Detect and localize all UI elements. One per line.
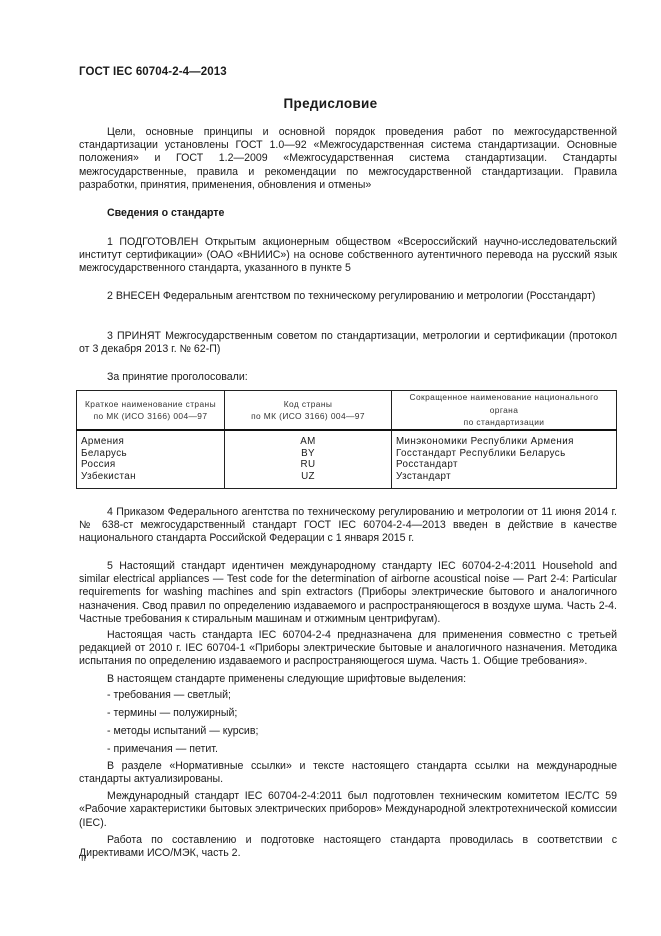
national-body: Минэкономики Республики Армения — [396, 436, 612, 448]
font-convention-item: - термины — полужирный; — [79, 704, 617, 722]
item-5-part-paragraph: Настоящая часть стандарта IEC 60704-2-4 … — [79, 629, 617, 669]
item-4-paragraph: 4 Приказом Федерального агентства по тех… — [79, 506, 617, 546]
document-page: ГОСТ IEC 60704-2-4—2013 Предисловие Цели… — [0, 0, 661, 936]
column-header-body: Сокращенное наименование национального о… — [392, 391, 617, 431]
committee-paragraph: Международный стандарт IEC 60704-2-4:201… — [79, 790, 617, 830]
document-code-header: ГОСТ IEC 60704-2-4—2013 — [79, 66, 227, 78]
font-convention-item: - требования — светлый; — [79, 686, 617, 704]
intro-block: Цели, основные принципы и основной поряд… — [79, 126, 617, 192]
item-3-block: 3 ПРИНЯТ Межгосударственным советом по с… — [79, 330, 617, 356]
national-bodies-cell: Минэкономики Республики Армения Госстанд… — [392, 430, 617, 488]
item-5-paragraph: 5 Настоящий стандарт идентичен междунаро… — [79, 560, 617, 626]
page-number: II — [81, 853, 86, 863]
item-3-paragraph: 3 ПРИНЯТ Межгосударственным советом по с… — [79, 330, 617, 356]
item-5-block: 5 Настоящий стандарт идентичен междунаро… — [79, 560, 617, 860]
section-heading: Сведения о стандарте — [107, 207, 224, 219]
item-1-block: 1 ПОДГОТОВЛЕН Открытым акционерным общес… — [79, 236, 617, 276]
item-1-paragraph: 1 ПОДГОТОВЛЕН Открытым акционерным общес… — [79, 236, 617, 276]
country-name: Россия — [81, 459, 220, 471]
country-code: UZ — [229, 471, 387, 483]
country-name: Узбекистан — [81, 471, 220, 483]
page-title: Предисловие — [0, 96, 661, 111]
country-code: BY — [229, 448, 387, 460]
column-header-code: Код страны по МК (ИСО 3166) 004—97 — [225, 391, 392, 431]
item-4-block: 4 Приказом Федерального агентства по тех… — [79, 506, 617, 546]
font-conventions-intro: В настоящем стандарте применены следующи… — [79, 673, 617, 686]
column-header-country: Краткое наименование страны по МК (ИСО 3… — [77, 391, 225, 431]
item-2-block: 2 ВНЕСЕН Федеральным агентством по техни… — [79, 290, 617, 303]
country-name: Беларусь — [81, 448, 220, 460]
voted-label-block: За принятие проголосовали: — [79, 371, 617, 384]
normative-refs-paragraph: В разделе «Нормативные ссылки» и тексте … — [79, 760, 617, 786]
voted-label: За принятие проголосовали: — [79, 371, 617, 384]
country-names-cell: Армения Беларусь Россия Узбекистан — [77, 430, 225, 488]
font-convention-item: - методы испытаний — курсив; — [79, 722, 617, 740]
country-code: RU — [229, 459, 387, 471]
national-body: Росстандарт — [396, 459, 612, 471]
table-row: Армения Беларусь Россия Узбекистан AM BY… — [77, 430, 617, 488]
item-2-paragraph: 2 ВНЕСЕН Федеральным агентством по техни… — [79, 290, 617, 303]
voting-table: Краткое наименование страны по МК (ИСО 3… — [76, 390, 617, 489]
font-convention-item: - примечания — петит. — [79, 740, 617, 758]
country-code: AM — [229, 436, 387, 448]
table-header-row: Краткое наименование страны по МК (ИСО 3… — [77, 391, 617, 431]
national-body: Госстандарт Республики Беларусь — [396, 448, 612, 460]
directives-paragraph: Работа по составлению и подготовке насто… — [79, 834, 617, 860]
intro-paragraph: Цели, основные принципы и основной поряд… — [79, 126, 617, 192]
country-codes-cell: AM BY RU UZ — [225, 430, 392, 488]
national-body: Узстандарт — [396, 471, 612, 483]
country-name: Армения — [81, 436, 220, 448]
